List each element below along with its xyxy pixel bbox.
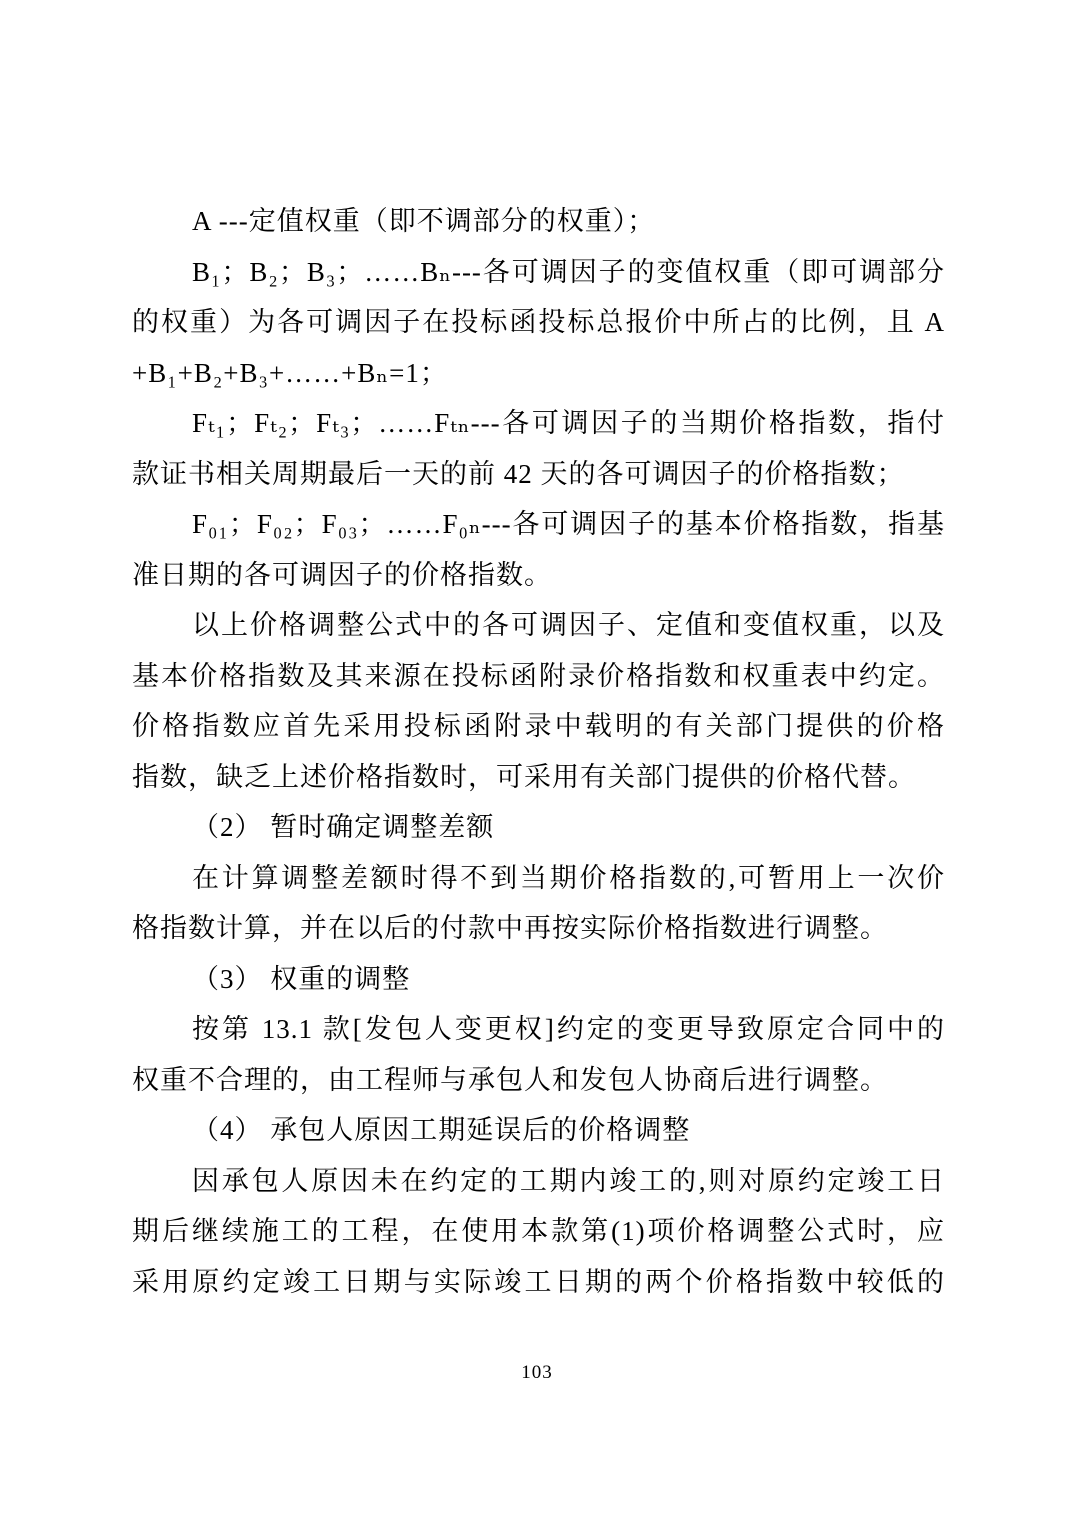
definition-base-price-index: F₀₁；F₀₂；F₀₃；……F₀ₙ---各可调因子的基本价格指数，指基准日期的各… — [132, 499, 945, 600]
heading-item-2: （2） 暂时确定调整差额 — [132, 802, 945, 853]
text-line: （2） 暂时确定调整差额 — [132, 802, 945, 853]
text-line: B₁；B₂；B₃；……Bₙ---各可调因子的变值权重（即可调部分 — [132, 247, 945, 298]
text-line: 期后继续施工的工程，在使用本款第(1)项价格调整公式时，应 — [132, 1206, 945, 1257]
text-line: 采用原约定竣工日期与实际竣工日期的两个价格指数中较低的 — [132, 1257, 945, 1308]
heading-item-4: （4） 承包人原因工期延误后的价格调整 — [132, 1105, 945, 1156]
paragraph-item-3: 按第 13.1 款[发包人变更权]约定的变更导致原定合同中的权重不合理的，由工程… — [132, 1004, 945, 1105]
paragraph-item-2: 在计算调整差额时得不到当期价格指数的,可暂用上一次价格指数计算，并在以后的付款中… — [132, 853, 945, 954]
text-line: 权重不合理的，由工程师与承包人和发包人协商后进行调整。 — [132, 1055, 945, 1106]
definition-weight-b: B₁；B₂；B₃；……Bₙ---各可调因子的变值权重（即可调部分的权重）为各可调… — [132, 247, 945, 399]
text-line: 的权重）为各可调因子在投标函投标总报价中所占的比例，且 A — [132, 297, 945, 348]
definition-current-price-index: Fₜ₁；Fₜ₂；Fₜ₃；……Fₜₙ---各可调因子的当期价格指数，指付款证书相关… — [132, 398, 945, 499]
text-line: （4） 承包人原因工期延误后的价格调整 — [132, 1105, 945, 1156]
document-body: A ---定值权重（即不调部分的权重）；B₁；B₂；B₃；……Bₙ---各可调因… — [132, 196, 945, 1307]
definition-weight-a: A ---定值权重（即不调部分的权重）； — [132, 196, 945, 247]
text-line: 因承包人原因未在约定的工期内竣工的,则对原约定竣工日 — [132, 1156, 945, 1207]
text-line: +B₁+B₂+B₃+……+Bₙ=1； — [132, 348, 945, 399]
paragraph-item-4: 因承包人原因未在约定的工期内竣工的,则对原约定竣工日期后继续施工的工程，在使用本… — [132, 1156, 945, 1308]
text-line: 在计算调整差额时得不到当期价格指数的,可暂用上一次价 — [132, 853, 945, 904]
heading-item-3: （3） 权重的调整 — [132, 954, 945, 1005]
text-line: 准日期的各可调因子的价格指数。 — [132, 550, 945, 601]
text-line: F₀₁；F₀₂；F₀₃；……F₀ₙ---各可调因子的基本价格指数，指基 — [132, 499, 945, 550]
page-number: 103 — [0, 1362, 1074, 1384]
text-line: 基本价格指数及其来源在投标函附录价格指数和权重表中约定。 — [132, 651, 945, 702]
text-line: 格指数计算，并在以后的付款中再按实际价格指数进行调整。 — [132, 903, 945, 954]
text-line: 指数，缺乏上述价格指数时，可采用有关部门提供的价格代替。 — [132, 752, 945, 803]
text-line: A ---定值权重（即不调部分的权重）； — [132, 196, 945, 247]
text-line: Fₜ₁；Fₜ₂；Fₜ₃；……Fₜₙ---各可调因子的当期价格指数，指付 — [132, 398, 945, 449]
text-line: （3） 权重的调整 — [132, 954, 945, 1005]
document-page: A ---定值权重（即不调部分的权重）；B₁；B₂；B₃；……Bₙ---各可调因… — [0, 0, 1074, 1520]
text-line: 价格指数应首先采用投标函附录中载明的有关部门提供的价格 — [132, 701, 945, 752]
text-line: 按第 13.1 款[发包人变更权]约定的变更导致原定合同中的 — [132, 1004, 945, 1055]
paragraph-index-source: 以上价格调整公式中的各可调因子、定值和变值权重，以及基本价格指数及其来源在投标函… — [132, 600, 945, 802]
text-line: 以上价格调整公式中的各可调因子、定值和变值权重，以及 — [132, 600, 945, 651]
text-line: 款证书相关周期最后一天的前 42 天的各可调因子的价格指数； — [132, 449, 945, 500]
